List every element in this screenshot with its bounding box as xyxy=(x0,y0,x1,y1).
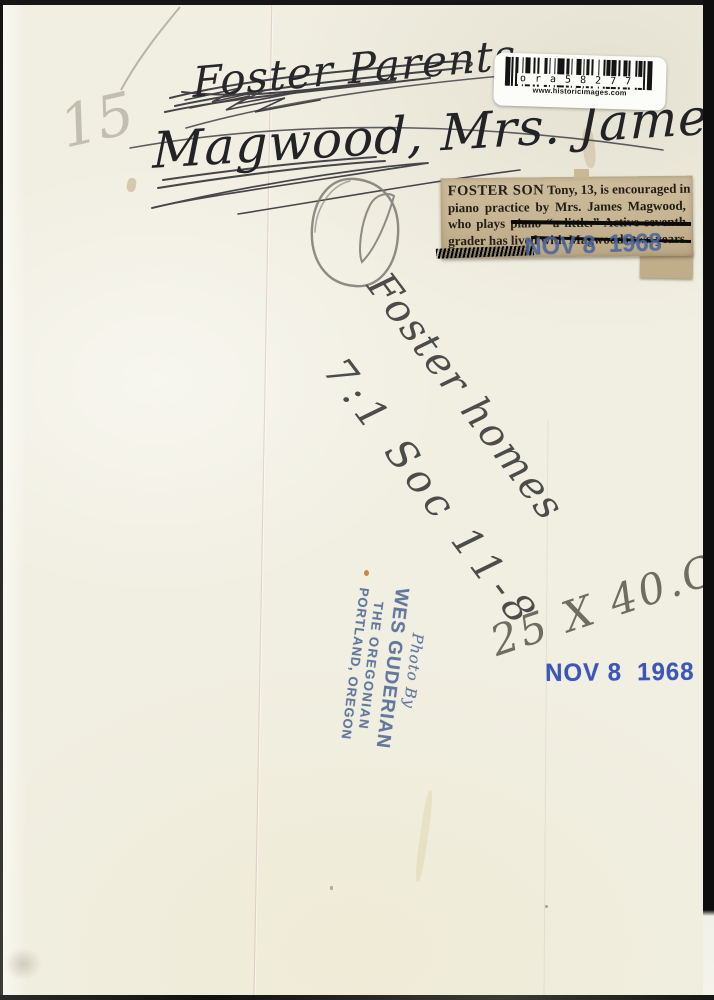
scan-edge-bottom xyxy=(0,995,714,1000)
yellow-streak xyxy=(414,790,435,882)
tape-fragment xyxy=(574,169,589,179)
paper-edge-highlight xyxy=(3,0,27,1000)
corner-smudge xyxy=(4,948,42,980)
photographer-stamp: Photo By WES GUDERIAN THE OREGONIAN PORT… xyxy=(336,564,435,772)
scan-edge-left xyxy=(0,0,3,1000)
crossed-out-name: Foster Parents xyxy=(192,30,516,107)
barcode-sticker: ora58277 www.historicimages.com xyxy=(493,52,667,110)
photo-verso-scan: 15 Foster Parents Magwood, Mrs. James Fo… xyxy=(0,0,714,1000)
speck-2 xyxy=(330,886,333,890)
scan-edge-top xyxy=(0,0,714,5)
clipping-lead-in: FOSTER SON xyxy=(448,182,545,199)
date-stamp-on-clipping: NOV 8 1968 xyxy=(524,228,662,262)
date-stamp-bottom: NOV 8 1968 xyxy=(545,658,695,688)
tape-residue-left xyxy=(126,177,137,192)
pencil-number: 15 xyxy=(53,79,140,162)
barcode-website: www.historicimages.com xyxy=(532,86,626,98)
clipping-line-1: FOSTER SON Tony, 13, is encouraged in xyxy=(448,181,686,200)
scan-edge-right xyxy=(703,0,714,1000)
speck-1 xyxy=(545,905,548,908)
clipping-line-1-text: Tony, 13, is encouraged in xyxy=(544,181,690,198)
